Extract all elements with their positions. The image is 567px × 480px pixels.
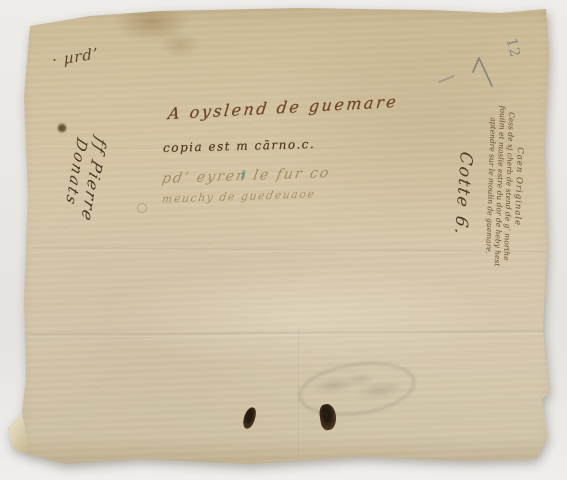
- folded-corner: [6, 412, 32, 462]
- faint-note-line2: meuchy de guedeuaoe: [161, 187, 316, 205]
- shelfmark-note: · µrd’: [52, 44, 99, 69]
- signature-block: ff Pierre Donats: [50, 104, 113, 247]
- copy-note: copia est m cārno.c.: [163, 137, 316, 155]
- scanned-document-photo: · µrd’ A oyslend de guemare copia est m …: [0, 0, 567, 480]
- seal-slit: [242, 406, 258, 430]
- title-inscription: A oyslend de guemare: [167, 92, 399, 123]
- parchment-sheet: · µrd’ A oyslend de guemare copia est m …: [0, 0, 567, 480]
- pencil-folio-number: 12: [503, 36, 523, 59]
- parchment-shadow: · µrd’ A oyslend de guemare copia est m …: [0, 0, 567, 480]
- crease-line: [30, 330, 546, 338]
- archival-note-block: Caen Originale Cess de xj cherb de stend…: [470, 98, 526, 275]
- faint-note-line1: pd’ eyren le fur co: [161, 165, 332, 187]
- pencil-check-icon: [470, 55, 496, 89]
- ink-ring-mark: [137, 203, 147, 213]
- pencil-stray-stroke: [438, 75, 455, 83]
- faded-oval-stamp: [295, 355, 419, 423]
